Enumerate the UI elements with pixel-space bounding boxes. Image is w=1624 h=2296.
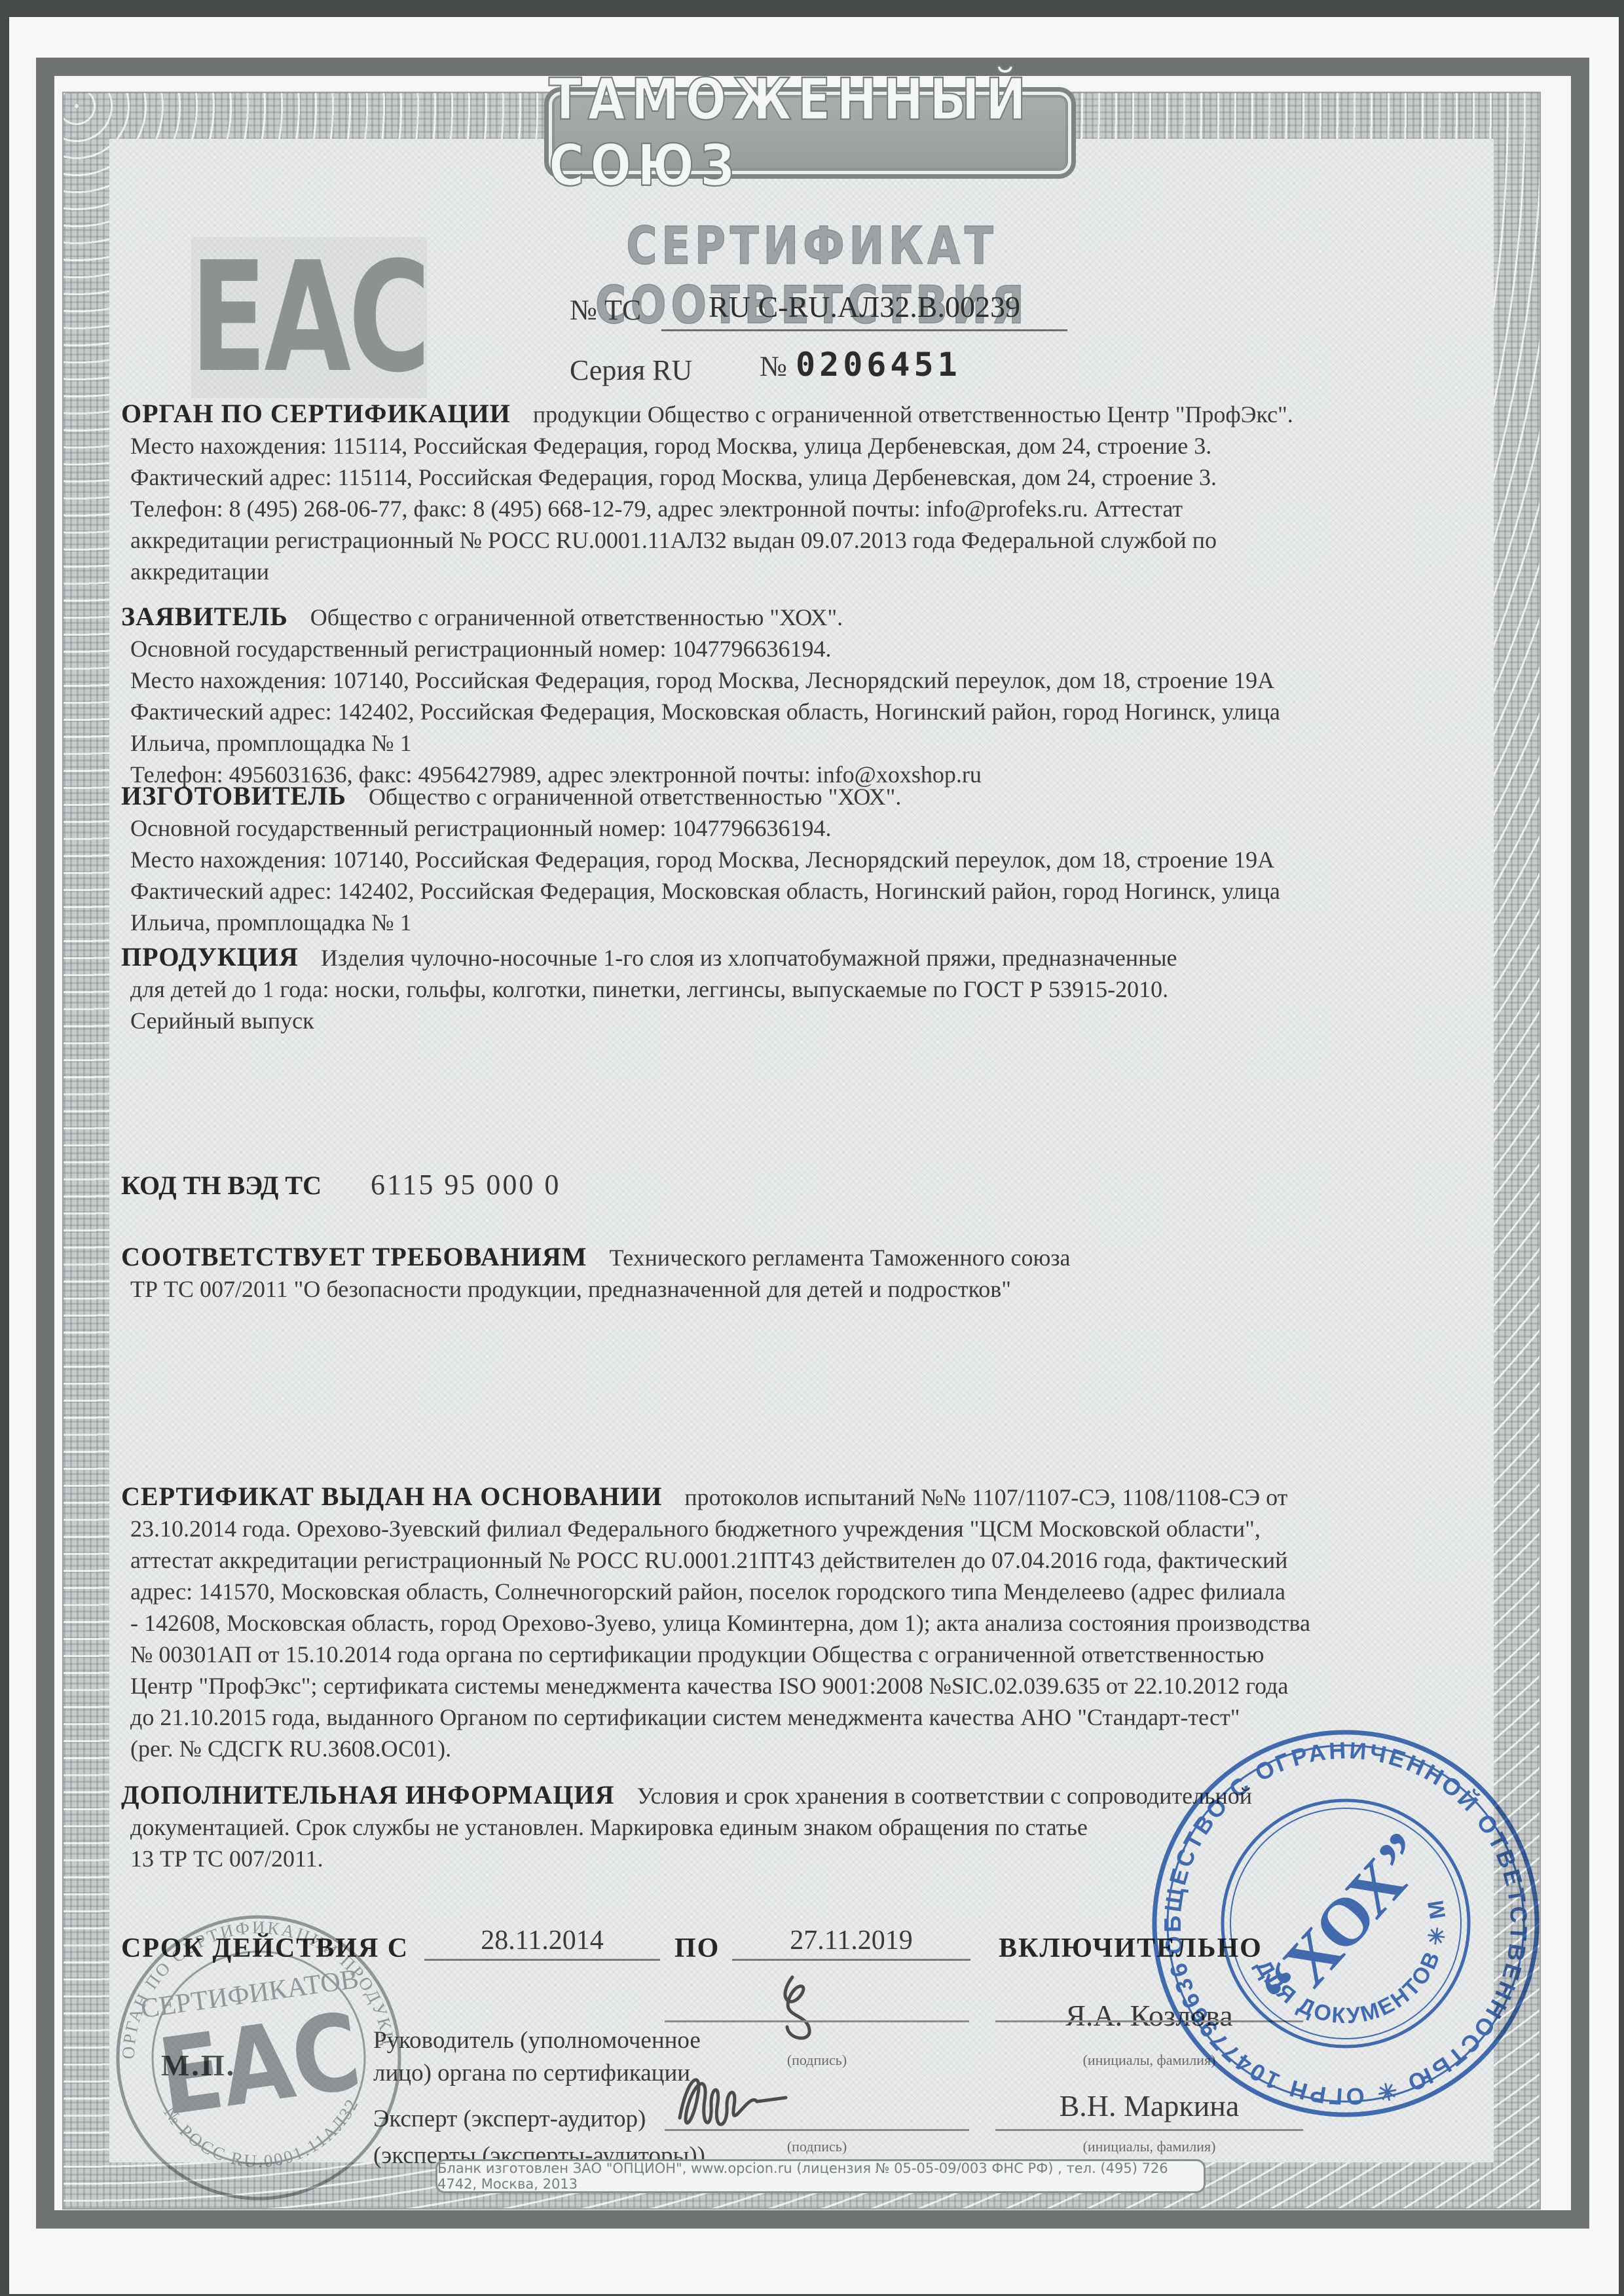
text-line: Основной государственный регистрационный… <box>121 812 1509 844</box>
section-applicant: ЗАЯВИТЕЛЬОбщество с ограниченной ответст… <box>121 601 1509 790</box>
section-heading: ДОПОЛНИТЕЛЬНАЯ ИНФОРМАЦИЯ <box>121 1780 614 1810</box>
signatory-role-head-l1: Руководитель (уполномоченное <box>373 2024 701 2057</box>
text-line: аттестат аккредитации регистрационный № … <box>121 1544 1509 1576</box>
tnved-code-label: КОД ТН ВЭД ТС <box>121 1171 322 1200</box>
section-inline-text: Технического регламента Таможенного союз… <box>610 1245 1071 1271</box>
text-line: Телефон: 8 (495) 268-06-77, факс: 8 (495… <box>121 493 1509 524</box>
text-line: Фактический адрес: 115114, Российская Фе… <box>121 462 1509 493</box>
text-line: - 142608, Московская область, город Орех… <box>121 1607 1509 1639</box>
section-heading: СЕРТИФИКАТ ВЫДАН НА ОСНОВАНИИ <box>121 1482 662 1511</box>
section-requirements: СООТВЕТСТВУЕТ ТРЕБОВАНИЯМТехнического ре… <box>121 1241 1509 1305</box>
seria-no-sign: № <box>760 350 787 383</box>
text-line: Место нахождения: 107140, Российская Фед… <box>121 665 1509 696</box>
text-line: № 00301АП от 15.10.2014 года органа по с… <box>121 1639 1509 1670</box>
section-inline-text: продукции Общество с ограниченной ответс… <box>533 401 1293 428</box>
signature-scribble-head <box>747 1969 864 2048</box>
section-inline-text: Изделия чулочно-носочные 1-го слоя из хл… <box>321 945 1177 971</box>
tnved-code-row: КОД ТН ВЭД ТС6115 95 000 0 <box>121 1168 561 1201</box>
tnved-code-value: 6115 95 000 0 <box>371 1169 561 1201</box>
customs-union-banner: ТАМОЖЕННЫЙ СОЮЗ <box>544 87 1076 179</box>
eac-watermark: ЕАС <box>191 237 427 398</box>
text-line: адрес: 141570, Московская область, Солне… <box>121 1576 1509 1607</box>
section-heading: ИЗГОТОВИТЕЛЬ <box>121 781 346 811</box>
text-line: Место нахождения: 107140, Российская Фед… <box>121 844 1509 875</box>
section-heading: СООТВЕТСТВУЕТ ТРЕБОВАНИЯМ <box>121 1242 587 1271</box>
signature-line-expert <box>665 2129 969 2131</box>
text-line: Центр "ПрофЭкс"; сертификата системы мен… <box>121 1670 1509 1702</box>
text-line: ТР ТС 007/2011 "О безопасности продукции… <box>121 1273 1509 1305</box>
cert-number-value: RU C-RU.АЛ32.В.00239 <box>661 289 1067 331</box>
section-certification-body: ОРГАН ПО СЕРТИФИКАЦИИпродукции Общество … <box>121 398 1509 587</box>
banner-text: ТАМОЖЕННЫЙ СОЮЗ <box>549 67 1071 200</box>
signature-scribble-expert <box>668 2056 864 2141</box>
section-heading: ОРГАН ПО СЕРТИФИКАЦИИ <box>121 399 511 428</box>
signature-caption-expert: (подпись) <box>665 2138 969 2155</box>
text-line: Ильича, промплощадка № 1 <box>121 727 1509 759</box>
eac-logo-icon: ЕАС <box>190 229 428 406</box>
text-line: Серийный выпуск <box>121 1005 1509 1036</box>
seria-value: 0206451 <box>796 346 961 384</box>
section-inline-text: Общество с ограниченной ответственностью… <box>369 784 901 810</box>
cert-number-label: № ТС <box>570 293 641 327</box>
text-line: для детей до 1 года: носки, гольфы, колг… <box>121 974 1509 1005</box>
scanned-certificate: ТАМОЖЕННЫЙ СОЮЗ ЕАС СЕРТИФИКАТ СООТВЕТСТ… <box>0 0 1624 2296</box>
signatory-role-head-l2: лицо) органа по сертификации <box>373 2057 690 2090</box>
section-manufacturer: ИЗГОТОВИТЕЛЬОбщество с ограниченной отве… <box>121 780 1509 938</box>
text-line: Ильича, промплощадка № 1 <box>121 907 1509 938</box>
text-line: аккредитации регистрационный № РОСС RU.0… <box>121 524 1509 556</box>
text-line: Основной государственный регистрационный… <box>121 633 1509 665</box>
section-products: ПРОДУКЦИЯИзделия чулочно-носочные 1-го с… <box>121 941 1509 1036</box>
validity-to-date: 27.11.2019 <box>732 1925 970 1961</box>
seria-label: Серия RU <box>570 354 692 387</box>
text-line: Фактический адрес: 142402, Российская Фе… <box>121 696 1509 727</box>
section-heading: ПРОДУКЦИЯ <box>121 942 299 972</box>
section-heading: ЗАЯВИТЕЛЬ <box>121 602 288 631</box>
blank-manufacturer-note: Бланк изготовлен ЗАО "ОПЦИОН", www.opcio… <box>435 2159 1206 2193</box>
text-line: Место нахождения: 115114, Российская Фед… <box>121 430 1509 462</box>
signature-line-head <box>665 2020 969 2022</box>
text-line: аккредитации <box>121 556 1509 587</box>
validity-from-date: 28.11.2014 <box>424 1925 660 1961</box>
section-inline-text: Общество с ограниченной ответственностью… <box>310 604 843 630</box>
certification-body-stamp: ОРГАН ПО СЕРТИФИКАЦИИ ПРОДУКЦИИ № РОСС R… <box>85 1884 433 2232</box>
text-line: Фактический адрес: 142402, Российская Фе… <box>121 875 1509 907</box>
text-line: 23.10.2014 года. Орехово-Зуевский филиал… <box>121 1513 1509 1544</box>
section-inline-text: протоколов испытаний №№ 1107/1107-СЭ, 11… <box>684 1484 1287 1510</box>
